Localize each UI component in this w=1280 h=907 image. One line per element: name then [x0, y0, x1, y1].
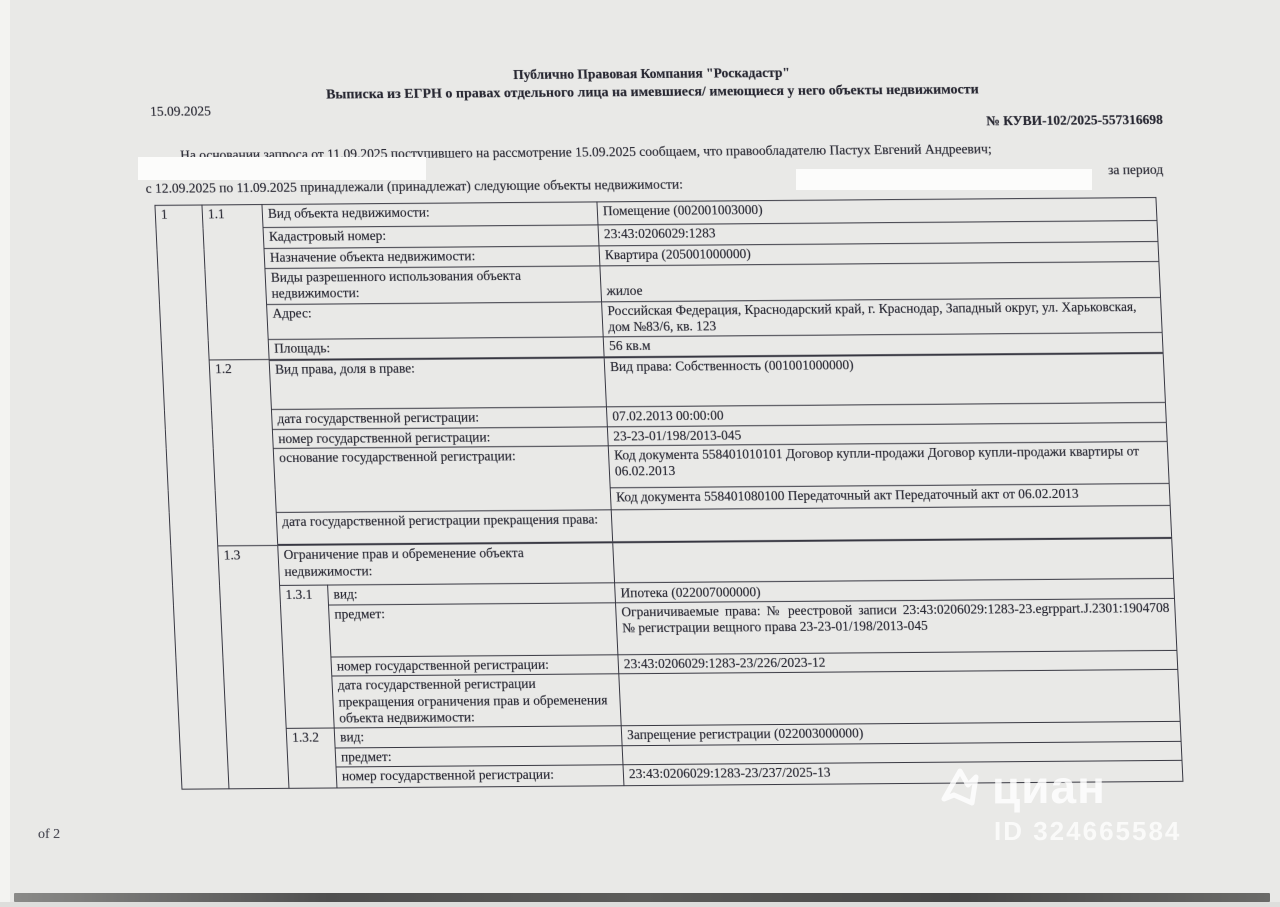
row-label: Вид объекта недвижимости: — [262, 202, 598, 228]
section-number-1-3: 1.3 — [218, 545, 289, 788]
row-label: номер государственной регистрации: — [272, 426, 608, 448]
row-value — [619, 670, 1180, 726]
row-value: Код документа 558401010101 Договор купли… — [608, 441, 1169, 487]
document-scan-layer: Публично Правовая Компания "Роскадастр" … — [140, 58, 1162, 66]
section-number-1-1: 1.1 — [202, 205, 269, 361]
egrn-objects-table: 1 1.1 Вид объекта недвижимости: Помещени… — [154, 197, 1183, 790]
row-label: номер государственной регистрации: — [336, 765, 624, 788]
row-label: Назначение объекта недвижимости: — [264, 246, 600, 269]
row-label: Ограничение прав и обременение объекта н… — [278, 543, 615, 586]
cian-watermark: циан ID 324665584 — [938, 764, 1238, 847]
row-value: Российская Федерация, Краснодарский край… — [602, 297, 1163, 337]
row-label: вид: — [334, 726, 622, 748]
row-label: Кадастровый номер: — [263, 225, 599, 249]
scan-left-edge — [0, 0, 10, 907]
row-value — [613, 538, 1174, 582]
row-label: дата государственной регистрации: — [271, 407, 607, 429]
page-footer-label: of 2 — [38, 827, 60, 843]
row-label: номер государственной регистрации: — [331, 655, 619, 677]
section-number-1-2: 1.2 — [209, 360, 278, 546]
redaction-box-requester — [138, 157, 426, 180]
watermark-id-text: ID 324665584 — [994, 816, 1238, 847]
subsection-number-1-3-2: 1.3.2 — [286, 728, 337, 788]
row-value — [611, 505, 1172, 542]
watermark-logo-text: циан — [992, 764, 1106, 810]
row-label: Площадь: — [268, 337, 604, 359]
row-label: предмет: — [335, 745, 623, 767]
document-number: № КУВИ-102/2025-557316698 — [986, 112, 1163, 129]
redaction-box-period — [796, 169, 1092, 190]
row-label: предмет: — [328, 603, 617, 657]
scan-bottom-edge-shadow — [14, 893, 1270, 902]
row-value: Ограничиваемые права: № реестровой запис… — [615, 598, 1176, 654]
row-label: Виды разрешенного использования объекта … — [265, 266, 602, 304]
cian-pin-icon — [938, 765, 982, 809]
row-label: дата государственной регистрации прекращ… — [332, 674, 621, 728]
row-label: основание государственной регистрации: — [273, 446, 611, 513]
row-label: вид: — [328, 583, 616, 605]
row-label: Адрес: — [267, 302, 604, 340]
subsection-number-1-3-1: 1.3.1 — [280, 585, 335, 729]
scanned-egrn-extract-page: Публично Правовая Компания "Роскадастр" … — [0, 0, 1280, 907]
row-label: Вид права, доля в праве: — [269, 357, 606, 410]
document-date: 15.09.2025 — [150, 103, 211, 119]
scan-below-edge — [0, 902, 1280, 907]
row-value: жилое — [600, 262, 1161, 302]
row-value: Вид права: Собственность (001001000000) — [604, 353, 1165, 407]
row-label: дата государственной регистрации прекращ… — [276, 510, 613, 546]
